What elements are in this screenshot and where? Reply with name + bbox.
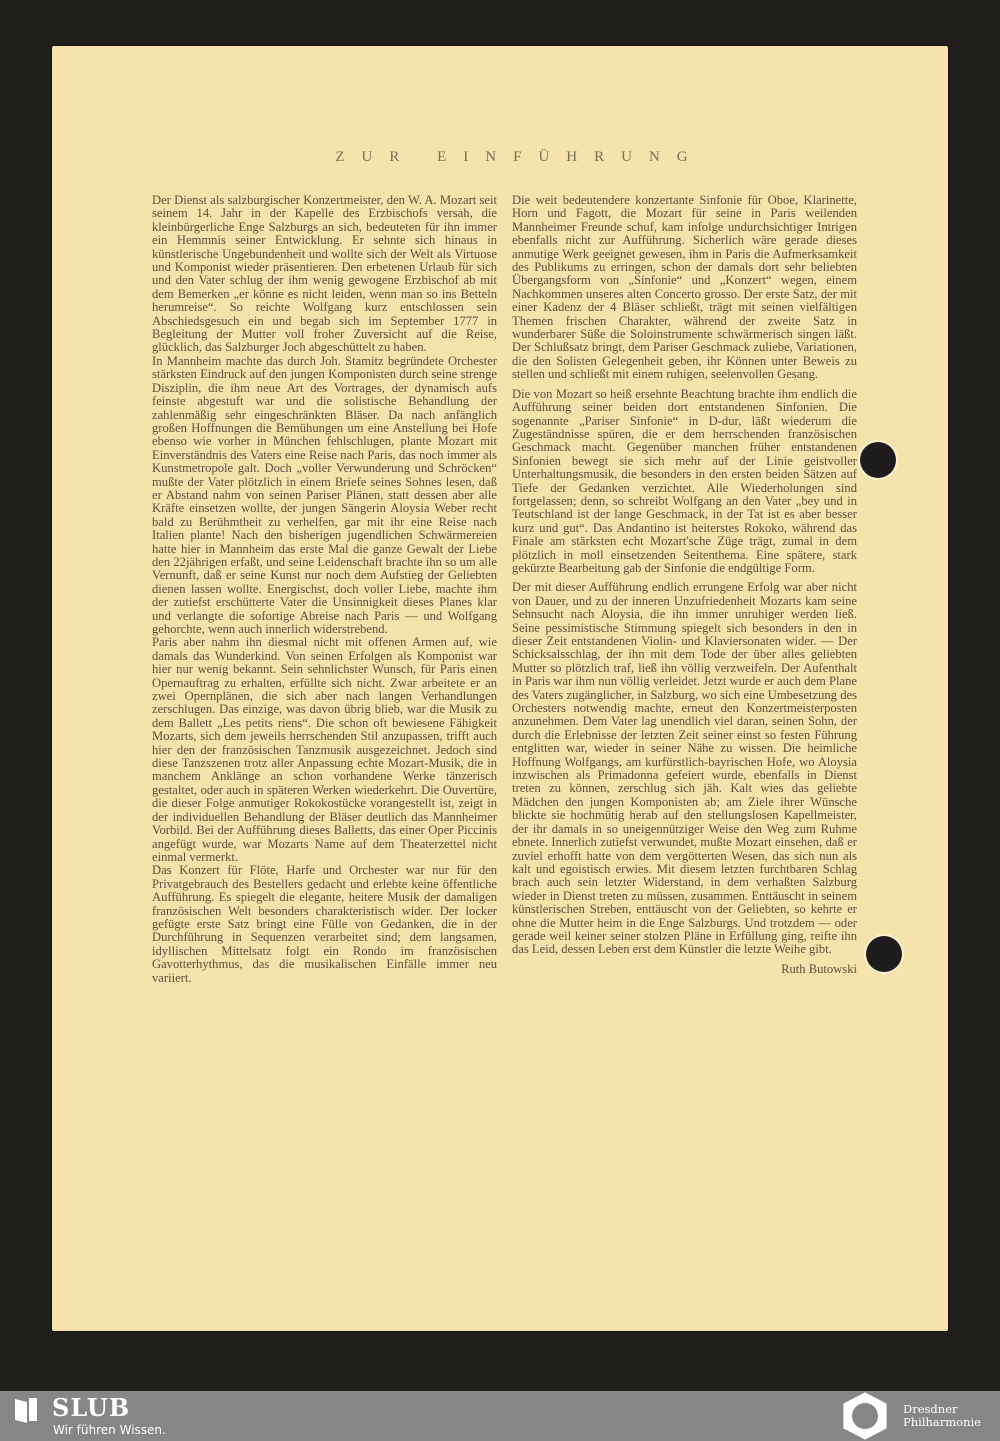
scanned-page: ZUR EINFÜHRUNG Der Dienst als salzburgis…: [52, 46, 948, 1331]
paragraph: Das Konzert für Flöte, Harfe und Orchest…: [152, 864, 497, 985]
paragraph: Die von Mozart so heiß ersehnte Beachtun…: [512, 388, 857, 576]
paragraph: Der Dienst als salzburgischer Konzertmei…: [152, 194, 497, 355]
author-signature: Ruth Butowski: [512, 963, 857, 976]
footer-bar: SLUB Wir führen Wissen. Dresdner Philhar…: [0, 1391, 1000, 1441]
slub-logo-text[interactable]: SLUB: [52, 1393, 130, 1422]
paragraph: Die weit bedeutendere konzertante Sinfon…: [512, 194, 857, 382]
philharmonie-logo-text[interactable]: Dresdner Philharmonie: [903, 1403, 981, 1429]
philharmonie-line2: Philharmonie: [903, 1416, 981, 1429]
punch-hole: [866, 936, 902, 972]
slub-tagline: Wir führen Wissen.: [53, 1423, 166, 1437]
punch-hole: [860, 442, 896, 478]
right-column: Die weit bedeutendere konzertante Sinfon…: [512, 194, 857, 976]
book-icon: [13, 1396, 39, 1424]
paragraph: Der mit dieser Aufführung endlich errung…: [512, 581, 857, 956]
page-title: ZUR EINFÜHRUNG: [52, 149, 948, 166]
paragraph: Paris aber nahm ihn diesmal nicht mit of…: [152, 636, 497, 864]
sunburst-ring-icon: [840, 1392, 890, 1440]
left-column: Der Dienst als salzburgischer Konzertmei…: [152, 194, 497, 985]
paragraph: In Mannheim machte das durch Joh. Stamit…: [152, 355, 497, 637]
